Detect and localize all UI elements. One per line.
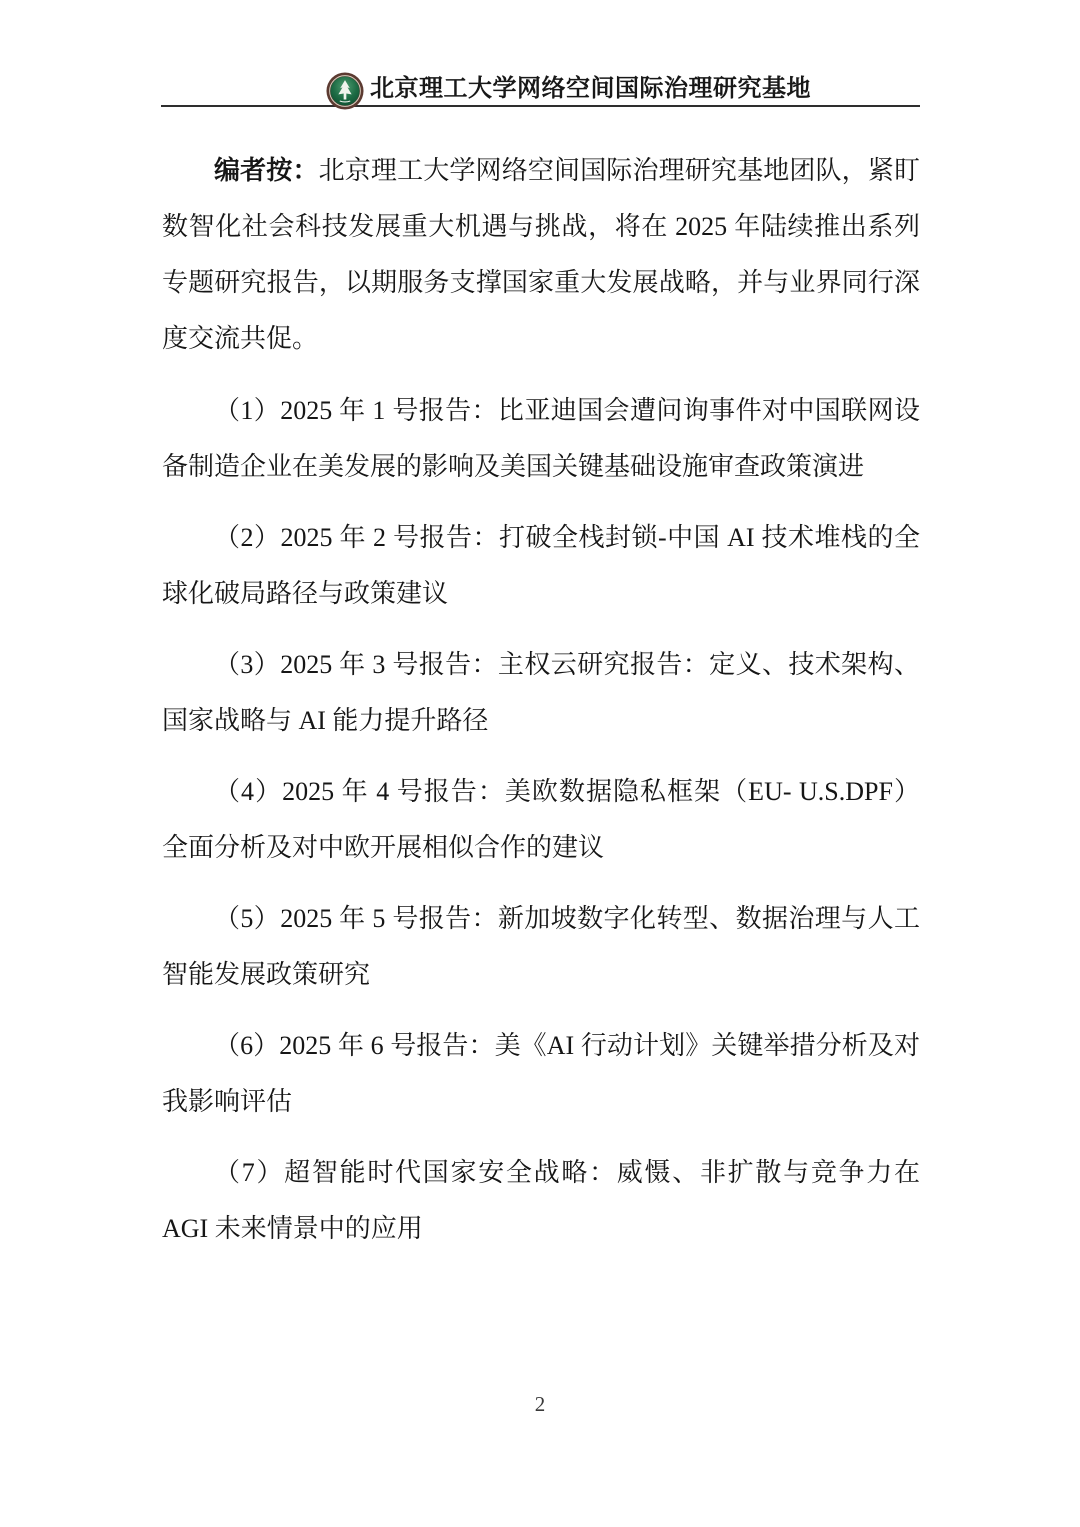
report-item-6: （6）2025 年 6 号报告：美《AI 行动计划》关键举措分析及对我影响评估 [162,1018,920,1130]
editor-note-text: 北京理工大学网络空间国际治理研究基地团队，紧盯数智化社会科技发展重大机遇与挑战，… [162,156,920,353]
report-item-2: （2）2025 年 2 号报告：打破全栈封锁-中国 AI 技术堆栈的全球化破局路… [162,510,920,622]
page-number: 2 [0,1392,1080,1417]
document-body: 编者按：北京理工大学网络空间国际治理研究基地团队，紧盯数智化社会科技发展重大机遇… [162,105,920,1272]
report-item-3: （3）2025 年 3 号报告：主权云研究报告：定义、技术架构、国家战略与 AI… [162,637,920,749]
report-item-7: （7）超智能时代国家安全战略：威慑、非扩散与竞争力在 AGI 未来情景中的应用 [162,1145,920,1257]
report-item-1: （1）2025 年 1 号报告：比亚迪国会遭问询事件对中国联网设备制造企业在美发… [162,383,920,495]
header-title: 北京理工大学网络空间国际治理研究基地 [370,77,811,105]
editor-note-paragraph: 编者按：北京理工大学网络空间国际治理研究基地团队，紧盯数智化社会科技发展重大机遇… [162,143,920,367]
editor-note-label: 编者按： [214,156,319,185]
page-header: 北京理工大学网络空间国际治理研究基地 [161,0,920,107]
document-page: 北京理工大学网络空间国际治理研究基地 编者按：北京理工大学网络空间国际治理研究基… [0,0,1080,1527]
report-item-5: （5）2025 年 5 号报告：新加坡数字化转型、数据治理与人工智能发展政策研究 [162,891,920,1003]
report-item-4: （4）2025 年 4 号报告：美欧数据隐私框架（EU- U.S.DPF）全面分… [162,764,920,876]
